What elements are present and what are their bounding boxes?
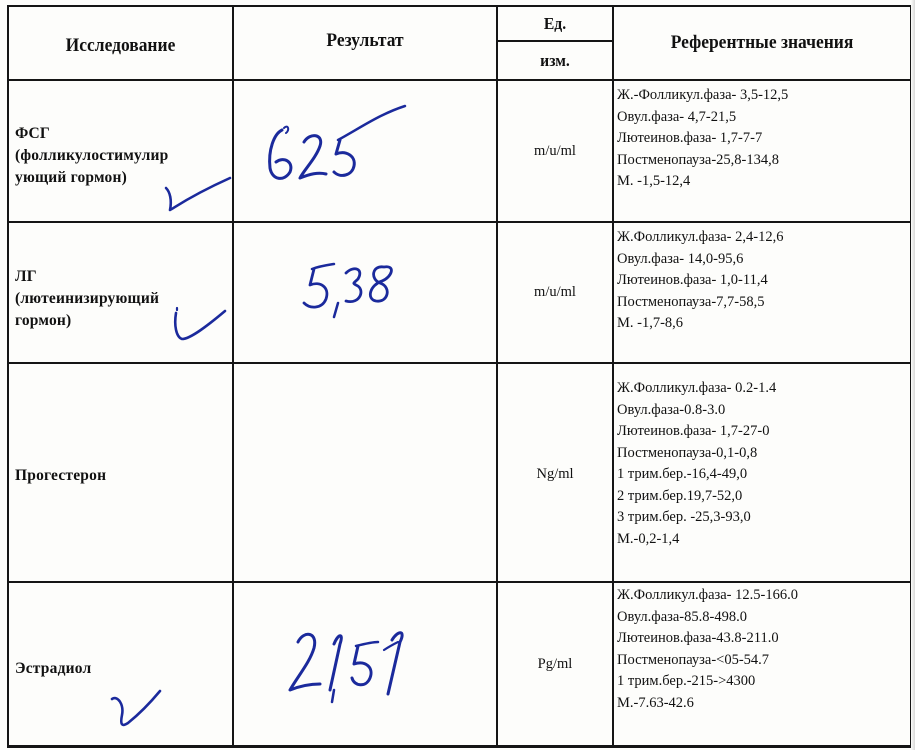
header-result: Результат [244,7,485,79]
reference-line: Лютеинов.фаза- 1,7-7-7 [617,128,910,150]
reference-fsh: Ж.-Фолликул.фаза- 3,5-12,5 Овул.фаза- 4,… [614,81,910,221]
reference-line: Ж.-Фолликул.фаза- 3,5-12,5 [617,85,910,107]
table-border-bottom [7,745,912,748]
check-mark-icon [108,685,168,740]
reference-line: Овул.фаза-85.8-498.0 [617,607,910,629]
unit-lh: m/u/ml [498,223,612,362]
handwritten-result-fsh [260,100,410,200]
reference-line: Постменопауза-7,7-58,5 [617,292,910,314]
header-unit-top: Ед. [503,7,608,40]
test-name-line: ЛГ [15,266,232,288]
lab-results-table: Исследование Результат Ед. изм. Референт… [0,0,915,750]
test-name-line: Эстрадиол [15,658,232,680]
check-mark-icon [160,170,235,220]
reference-line: М.-0,2-1,4 [617,529,910,551]
header-test: Исследование [18,7,223,79]
reference-line: Ж.Фолликул.фаза- 2,4-12,6 [617,227,910,249]
reference-line: Лютеинов.фаза- 1,7-27-0 [617,421,910,443]
reference-line: М. -1,7-8,6 [617,313,910,335]
test-name-progesterone: Прогестерон [9,364,232,581]
reference-line: Овул.фаза- 14,0-95,6 [617,249,910,271]
reference-line: Постменопауза-25,8-134,8 [617,150,910,172]
test-name-line: Прогестерон [15,465,232,487]
reference-line: Лютеинов.фаза-43.8-211.0 [617,628,910,650]
header-unit-bottom: изм. [503,42,608,79]
reference-line: Лютеинов.фаза- 1,0-11,4 [617,270,910,292]
handwritten-result-estradiol [280,620,430,720]
reference-progesterone: Ж.Фолликул.фаза- 0.2-1.4 Овул.фаза-0.8-3… [614,364,910,581]
reference-line: 2 трим.бер.19,7-52,0 [617,486,910,508]
unit-progesterone: Ng/ml [498,364,612,581]
test-name-line: ФСГ [15,123,232,145]
header-reference: Референтные значения [626,7,898,79]
reference-line: Постменопауза-0,1-0,8 [617,443,910,465]
scan-edge-shadow [911,0,915,750]
reference-line: 3 трим.бер. -25,3-93,0 [617,507,910,529]
reference-line: Ж.Фолликул.фаза- 0.2-1.4 [617,378,910,400]
handwritten-result-lh [300,255,410,330]
test-name-line: (фолликулостимулир [15,145,232,167]
reference-line: Ж.Фолликул.фаза- 12.5-166.0 [617,585,910,607]
unit-fsh: m/u/ml [498,81,612,221]
reference-line: Овул.фаза-0.8-3.0 [617,400,910,422]
reference-line: М. -1,5-12,4 [617,171,910,193]
unit-estradiol: Pg/ml [498,583,612,745]
result-progesterone [234,364,496,581]
reference-line: Постменопауза-<05-54.7 [617,650,910,672]
reference-line: 1 трим.бер.-215->4300 [617,671,910,693]
reference-line: 1 трим.бер.-16,4-49,0 [617,464,910,486]
reference-line: Овул.фаза- 4,7-21,5 [617,107,910,129]
reference-line: М.-7.63-42.6 [617,693,910,715]
check-mark-icon [170,305,230,350]
reference-lh: Ж.Фолликул.фаза- 2,4-12,6 Овул.фаза- 14,… [614,223,910,362]
reference-estradiol: Ж.Фолликул.фаза- 12.5-166.0 Овул.фаза-85… [614,583,910,745]
